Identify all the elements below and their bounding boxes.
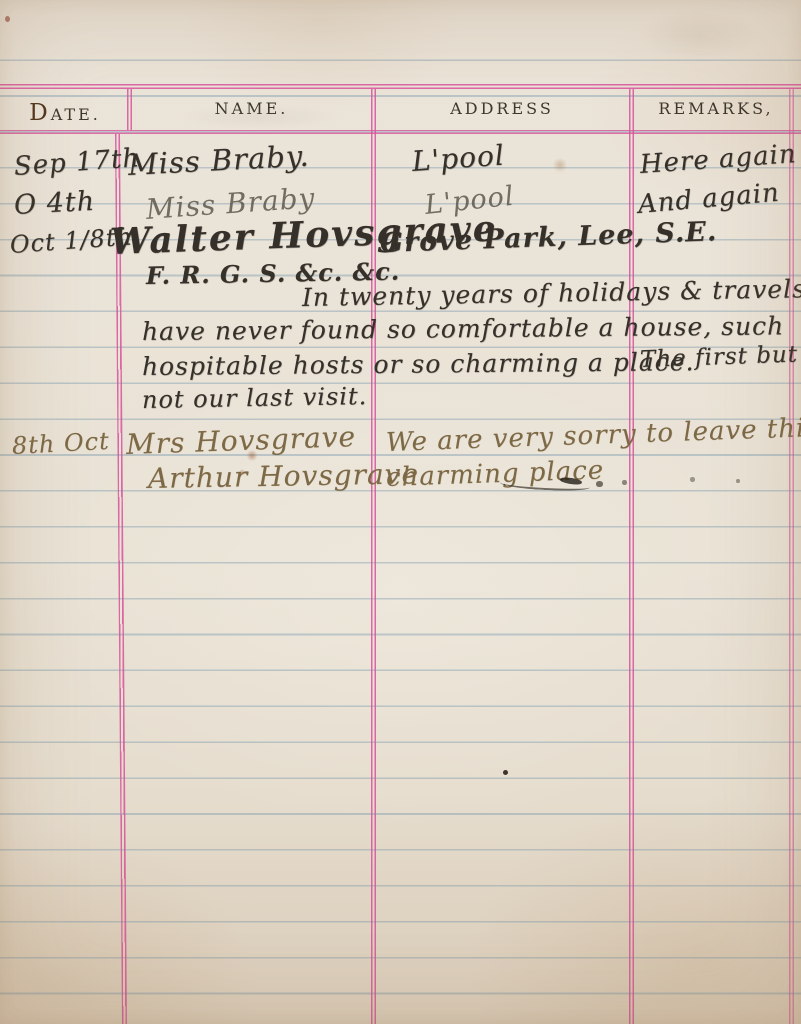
entry1-name: Miss Braby.	[127, 139, 310, 182]
ink-smudge	[736, 479, 740, 483]
column-header-date: DATE.	[0, 99, 130, 126]
guest-register-page: DATE. NAME. ADDRESS REMARKS, Sep 17th Mi…	[0, 0, 801, 1024]
entry2-date: O 4th	[13, 186, 96, 221]
column-divider-date	[115, 134, 127, 1024]
column-header-remarks: REMARKS,	[631, 99, 801, 118]
entry4-name2: Arthur Hovsgrave	[148, 457, 420, 495]
entry3-testimonial-remarks: The first but	[640, 341, 799, 373]
entry4-date: 8th Oct	[11, 427, 110, 460]
foxing-spot	[552, 158, 568, 172]
column-header-name: NAME.	[130, 99, 373, 118]
bleed-through-ghost	[640, 10, 760, 60]
entry1-address: L'pool	[411, 139, 506, 178]
column-header-address: ADDRESS	[373, 99, 631, 118]
entry4-name1: Mrs Hovsgrave	[125, 420, 356, 461]
header-top-rule	[0, 84, 801, 89]
ink-speck	[503, 770, 508, 775]
entry2-remarks: And again	[637, 178, 781, 220]
entry4-remark-line2: charming place	[385, 455, 604, 493]
column-divider-right-edge	[789, 89, 794, 1024]
ink-smudge	[622, 480, 627, 485]
entry3-testimonial-line2: have never found so comfortable a house,…	[142, 311, 784, 346]
entry1-date: Sep 17th	[13, 143, 141, 182]
entry3-testimonial-line3: hospitable hosts or so charming a place.	[142, 347, 695, 381]
ink-smudge	[690, 477, 695, 482]
header-bottom-rule	[0, 130, 801, 134]
entry1-remarks: Here again	[639, 139, 798, 180]
entry3-testimonial-line4: not our last visit.	[142, 382, 368, 414]
edge-speck	[5, 16, 10, 22]
entry4-remark-line1: We are very sorry to leave this	[385, 413, 801, 458]
